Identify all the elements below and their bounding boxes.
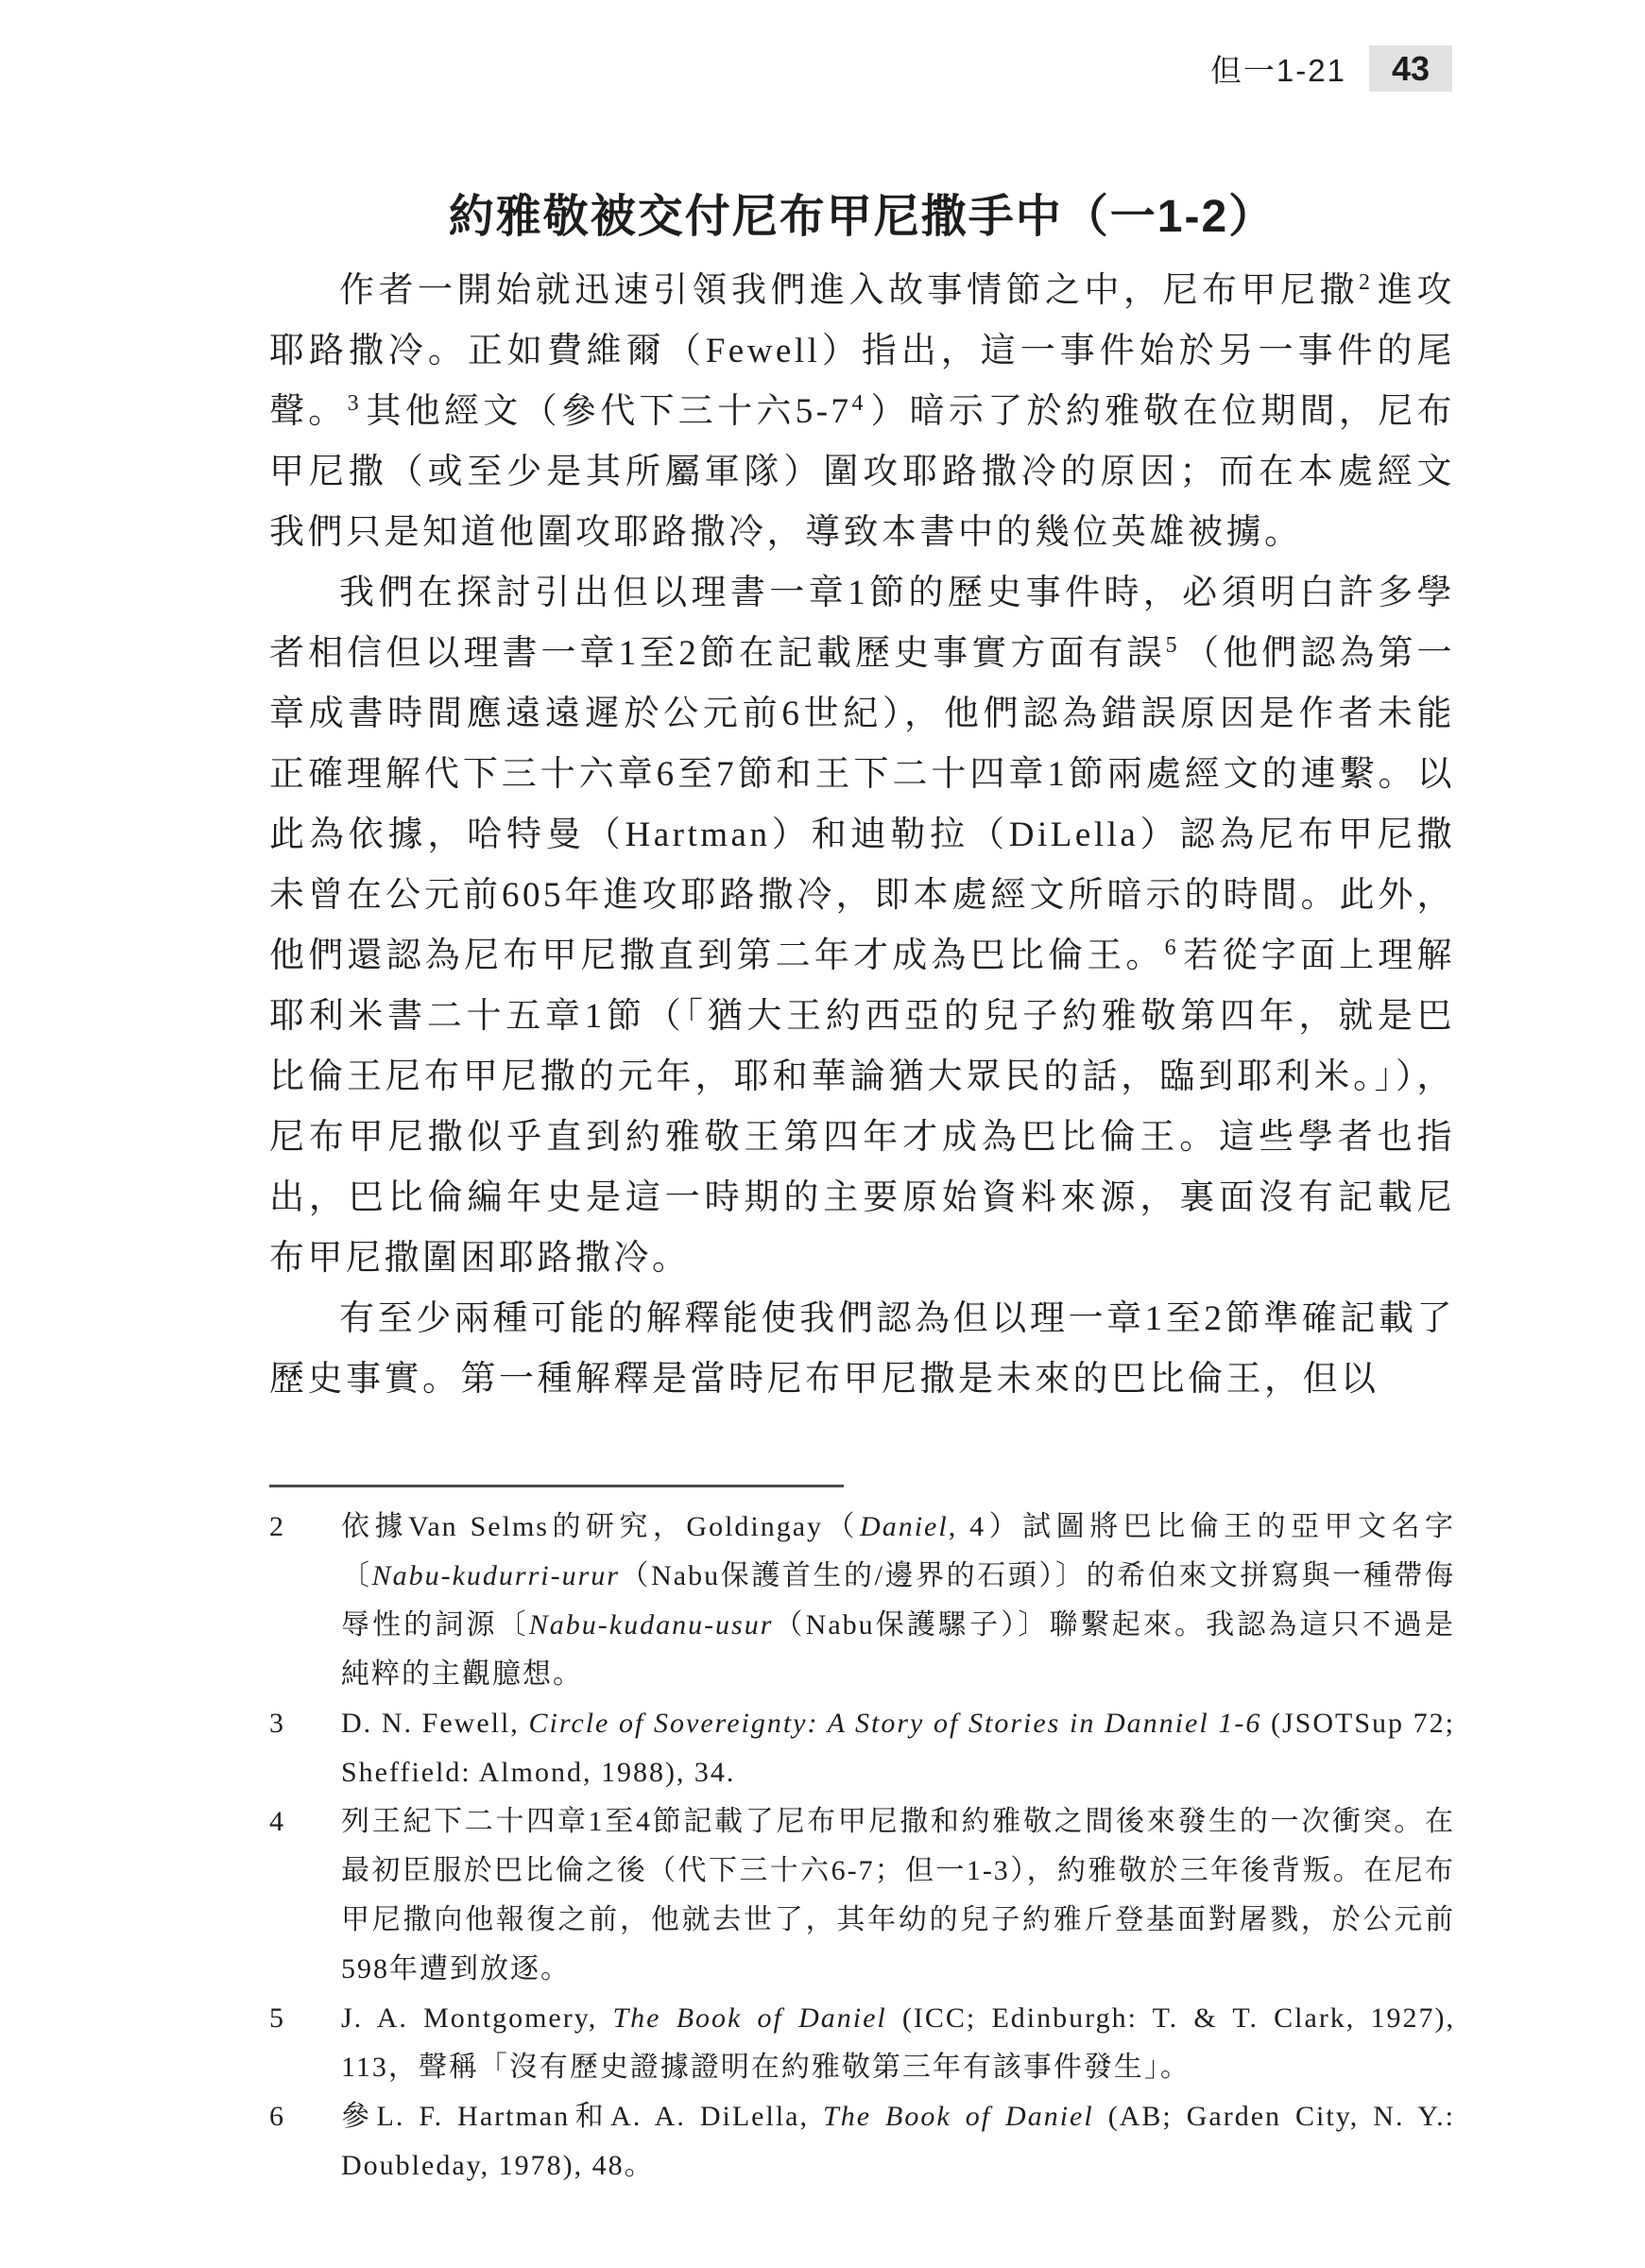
body-text-block: 作者一開始就迅速引領我們進入故事情節之中，尼布甲尼撒2進攻耶路撒冷。正如費維爾（… [269, 261, 1455, 1410]
footnote-number: 3 [269, 1699, 341, 1748]
footnote-number: 4 [269, 1797, 341, 1847]
page-title: 約雅敬被交付尼布甲尼撒手中（一1-2） [269, 180, 1455, 245]
footnote-4: 4 列王紀下二十四章1至4節記載了尼布甲尼撒和約雅敬之間後來發生的一次衝突。在最… [269, 1797, 1455, 1994]
footnote-segment: D. N. Fewell, [341, 1708, 528, 1739]
transliteration-italic: Nabu-kudanu-usur [529, 1609, 774, 1641]
footnote-text: 參L. F. Hartman和A. A. DiLella, The Book o… [341, 2092, 1455, 2191]
footnote-text: 依據Van Selms的研究，Goldingay（Daniel, 4）試圖將巴比… [341, 1503, 1455, 1699]
paragraph-1: 作者一開始就迅速引領我們進入故事情節之中，尼布甲尼撒2進攻耶路撒冷。正如費維爾（… [269, 261, 1455, 563]
book-title-italic: Circle of Sovereignty: A Story of Storie… [528, 1708, 1261, 1739]
body-text: 其他經文（參代下三十六5-7 [366, 392, 852, 431]
footnote-ref-4: 4 [852, 391, 864, 416]
footnote-segment: 參L. F. Hartman和A. A. DiLella, [341, 2101, 823, 2132]
footnote-segment: 列王紀下二十四章1至4節記載了尼布甲尼撒和約雅敬之間後來發生的一次衝突。在最初臣… [341, 1806, 1455, 1984]
paragraph-2: 我們在探討引出但以理書一章1節的歷史事件時，必須明白許多學者相信但以理書一章1至… [269, 563, 1455, 1289]
footnote-6: 6 參L. F. Hartman和A. A. DiLella, The Book… [269, 2092, 1455, 2191]
transliteration-italic: Nabu-kudurri-urur [372, 1560, 620, 1591]
footnote-text: 列王紀下二十四章1至4節記載了尼布甲尼撒和約雅敬之間後來發生的一次衝突。在最初臣… [341, 1797, 1455, 1994]
book-title-italic: Daniel [860, 1511, 949, 1542]
footnote-number: 5 [269, 1994, 341, 2043]
body-text: 有至少兩種可能的解釋能使我們認為但以理一章1至2節準確記載了歷史事實。第一種解釋… [269, 1299, 1455, 1399]
footnote-segment: J. A. Montgomery, [341, 2002, 613, 2034]
footnote-segment: 依據Van Selms的研究，Goldingay（ [341, 1511, 860, 1542]
footnote-text: D. N. Fewell, Circle of Sovereignty: A S… [341, 1699, 1455, 1797]
footnote-ref-6: 6 [1165, 936, 1176, 960]
page-number: 43 [1369, 45, 1452, 92]
book-title-italic: The Book of Daniel [613, 2002, 887, 2034]
book-title-italic: The Book of Daniel [823, 2101, 1094, 2132]
body-text: 作者一開始就迅速引領我們進入故事情節之中，尼布甲尼撒 [339, 271, 1359, 310]
footnote-ref-2: 2 [1359, 270, 1370, 295]
footnote-2: 2 依據Van Selms的研究，Goldingay（Daniel, 4）試圖將… [269, 1503, 1455, 1699]
paragraph-3: 有至少兩種可能的解釋能使我們認為但以理一章1至2節準確記載了歷史事實。第一種解釋… [269, 1289, 1455, 1410]
footnote-number: 2 [269, 1503, 341, 1552]
footnote-text: J. A. Montgomery, The Book of Daniel (IC… [341, 1994, 1455, 2092]
book-page: 但一1-21 43 約雅敬被交付尼布甲尼撒手中（一1-2） 作者一開始就迅速引領… [0, 0, 1645, 2268]
footnote-5: 5 J. A. Montgomery, The Book of Daniel (… [269, 1994, 1455, 2092]
footnote-separator-rule [269, 1485, 844, 1487]
footnote-number: 6 [269, 2092, 341, 2141]
body-text: （他們認為第一章成書時間應遠遠遲於公元前6世紀），他們認為錯誤原因是作者未能正確… [269, 634, 1455, 975]
section-ref: 但一1-21 [1210, 46, 1346, 91]
footnote-ref-3: 3 [348, 391, 359, 416]
footnote-ref-5: 5 [1166, 633, 1177, 658]
footnote-3: 3 D. N. Fewell, Circle of Sovereignty: A… [269, 1699, 1455, 1797]
body-text: 若從字面上理解耶利米書二十五章1節（「猶大王約西亞的兒子約雅敬第四年，就是巴比倫… [269, 936, 1455, 1278]
footnotes-section: 2 依據Van Selms的研究，Goldingay（Daniel, 4）試圖將… [269, 1503, 1455, 2191]
running-header: 但一1-21 43 [1210, 45, 1452, 92]
